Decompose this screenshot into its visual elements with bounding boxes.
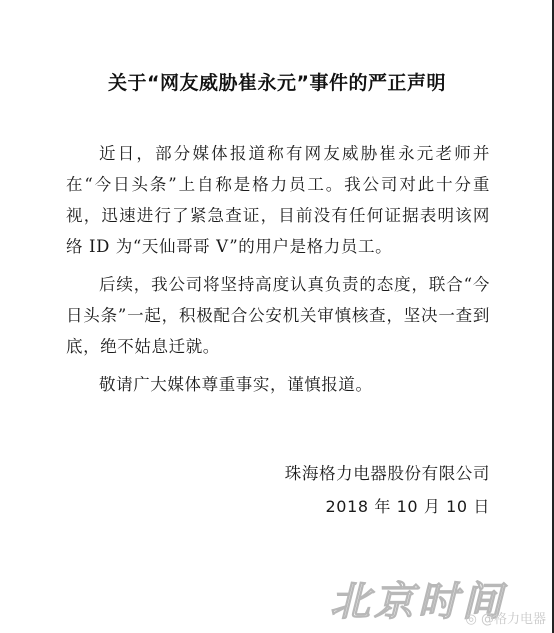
document-title: 关于“网友威胁崔永元”事件的严正声明 xyxy=(0,68,554,95)
weibo-icon: ◎ xyxy=(466,612,477,627)
paragraph: 近日，部分媒体报道称有网友威胁崔永元老师并在“今日头条”上自称是格力员工。我公司… xyxy=(66,138,490,262)
signature-date: 2018 年 10 月 10 日 xyxy=(326,494,490,517)
document-body: 近日，部分媒体报道称有网友威胁崔永元老师并在“今日头条”上自称是格力员工。我公司… xyxy=(66,138,490,407)
weibo-handle: @格力电器 xyxy=(481,612,546,627)
signature-company: 珠海格力电器股份有限公司 xyxy=(285,460,490,484)
paragraph: 后续，我公司将坚持高度认真负责的态度，联合“今日头条”一起，积极配合公安机关审慎… xyxy=(66,269,490,362)
weibo-watermark: ◎ @格力电器 xyxy=(466,608,547,627)
paragraph: 敬请广大媒体尊重事实，谨慎报道。 xyxy=(66,369,490,400)
